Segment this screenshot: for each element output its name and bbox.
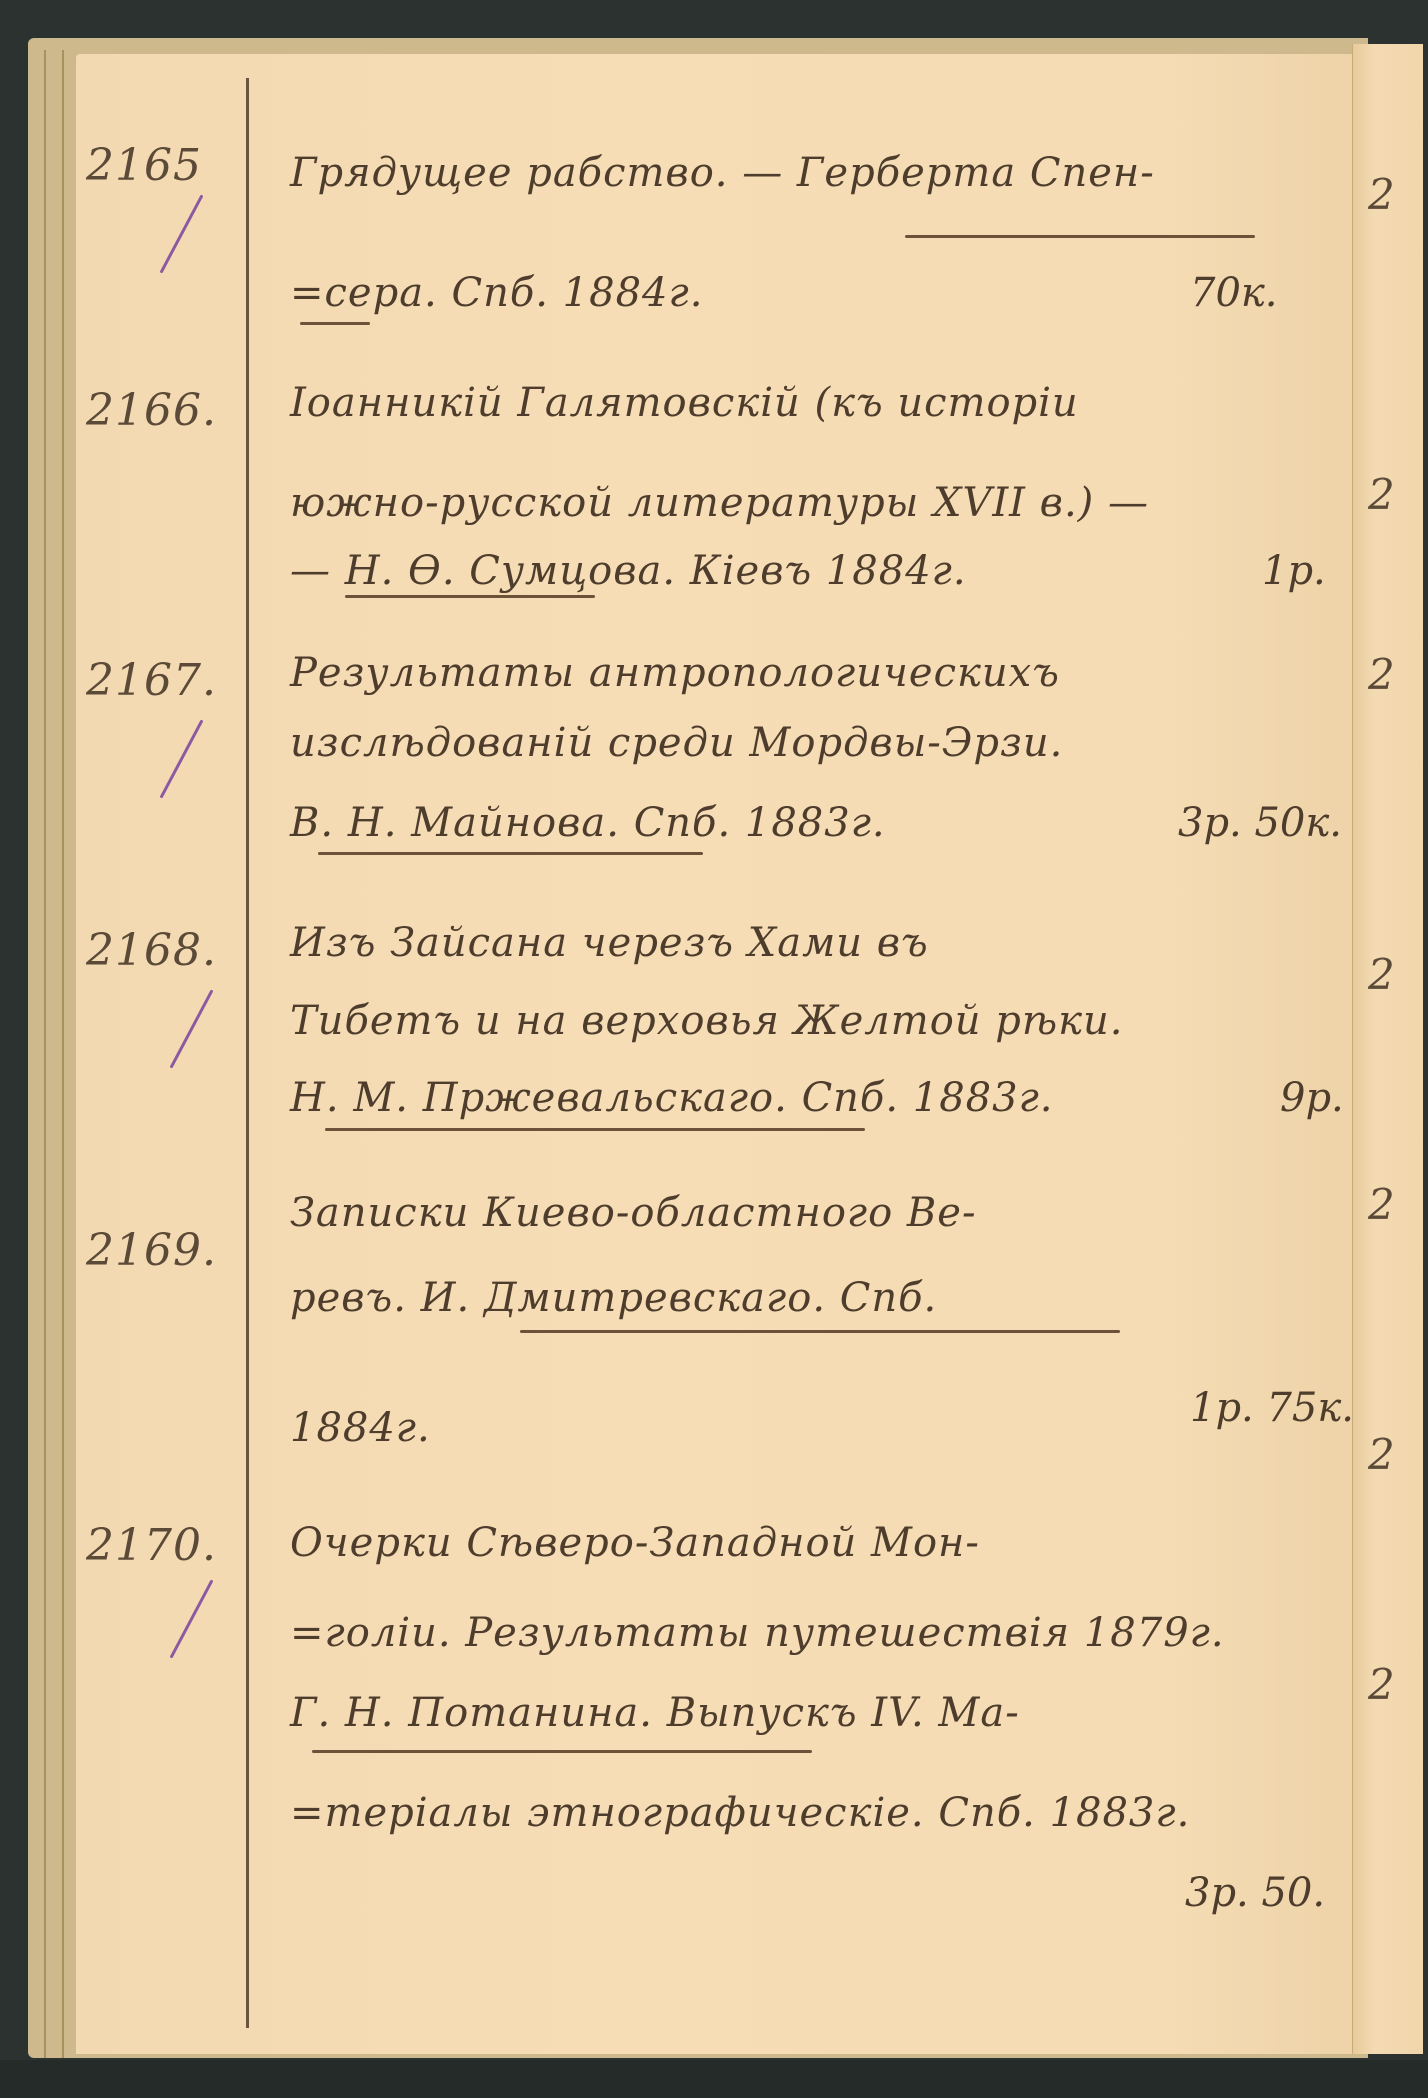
entry-line: изслѣдованій среди Мордвы-Эрзи. [290,720,1340,766]
adjacent-page-edge [1352,44,1423,2054]
adjacent-page-number: 2 [1368,1180,1395,1229]
author-underline [520,1330,1120,1333]
entry-number: 2166. [86,385,217,436]
entry-line: Изъ Зайсана черезъ Хами въ [290,920,1340,966]
entry-line: Н. М. Пржевальскаго. Спб. 1883г. [290,1075,1340,1121]
adjacent-page-number: 2 [1368,950,1395,999]
entry-price: 70к. [1190,270,1278,316]
author-underline [345,595,595,598]
adjacent-page-number: 2 [1368,170,1395,219]
ledger-page [76,54,1354,2054]
entry-number: 2169. [86,1225,217,1276]
entry-line: Очерки Сѣверо-Западной Мон- [290,1520,1340,1566]
entry-price: 9р. [1280,1075,1344,1121]
margin-rule [246,78,249,2028]
entry-line: =сера. Спб. 1884г. [290,270,1340,316]
entry-line: — Н. Ѳ. Сумцова. Кіевъ 1884г. [290,548,1340,594]
entry-line: южно-русской литературы XVII в.) — [290,480,1340,526]
entry-line: Г. Н. Потанина. Выпускъ IV. Ма- [290,1690,1340,1736]
entry-number: 2170. [86,1520,217,1571]
entry-price: 3р. 50к. [1178,800,1342,846]
adjacent-page-number: 2 [1368,650,1395,699]
entry-line: =голіи. Результаты путешествія 1879г. [290,1610,1340,1656]
author-underline [300,322,370,325]
author-underline [905,235,1255,238]
adjacent-page-number: 2 [1368,1660,1395,1709]
book-cover-edge [0,2060,1428,2098]
entry-line: 1884г. [290,1405,1340,1451]
entry-line: Іоанникій Галятовскій (къ исторіи [290,380,1340,426]
entry-line: Результаты антропологическихъ [290,650,1340,696]
entry-line: Грядущее рабство. — Герберта Спен- [290,150,1340,196]
adjacent-page-number: 2 [1368,1430,1395,1479]
entry-price: 3р. 50. [1185,1870,1325,1916]
entry-line: Тибетъ и на верховья Желтой рѣки. [290,998,1340,1044]
author-underline [325,1128,865,1131]
entry-price: 1р. 75к. [1190,1385,1354,1431]
entry-number: 2167. [86,655,217,706]
author-underline [312,1750,812,1753]
adjacent-page-number: 2 [1368,470,1395,519]
entry-line: Записки Киево-областного Ве- [290,1190,1340,1236]
entry-number: 2168. [86,925,217,976]
entry-line: =теріалы этнографическіе. Спб. 1883г. [290,1790,1340,1836]
entry-number: 2165 [86,140,202,191]
entry-line: ревъ. И. Дмитревскаго. Спб. [290,1275,1340,1321]
entry-price: 1р. [1262,548,1326,594]
author-underline [318,852,703,855]
